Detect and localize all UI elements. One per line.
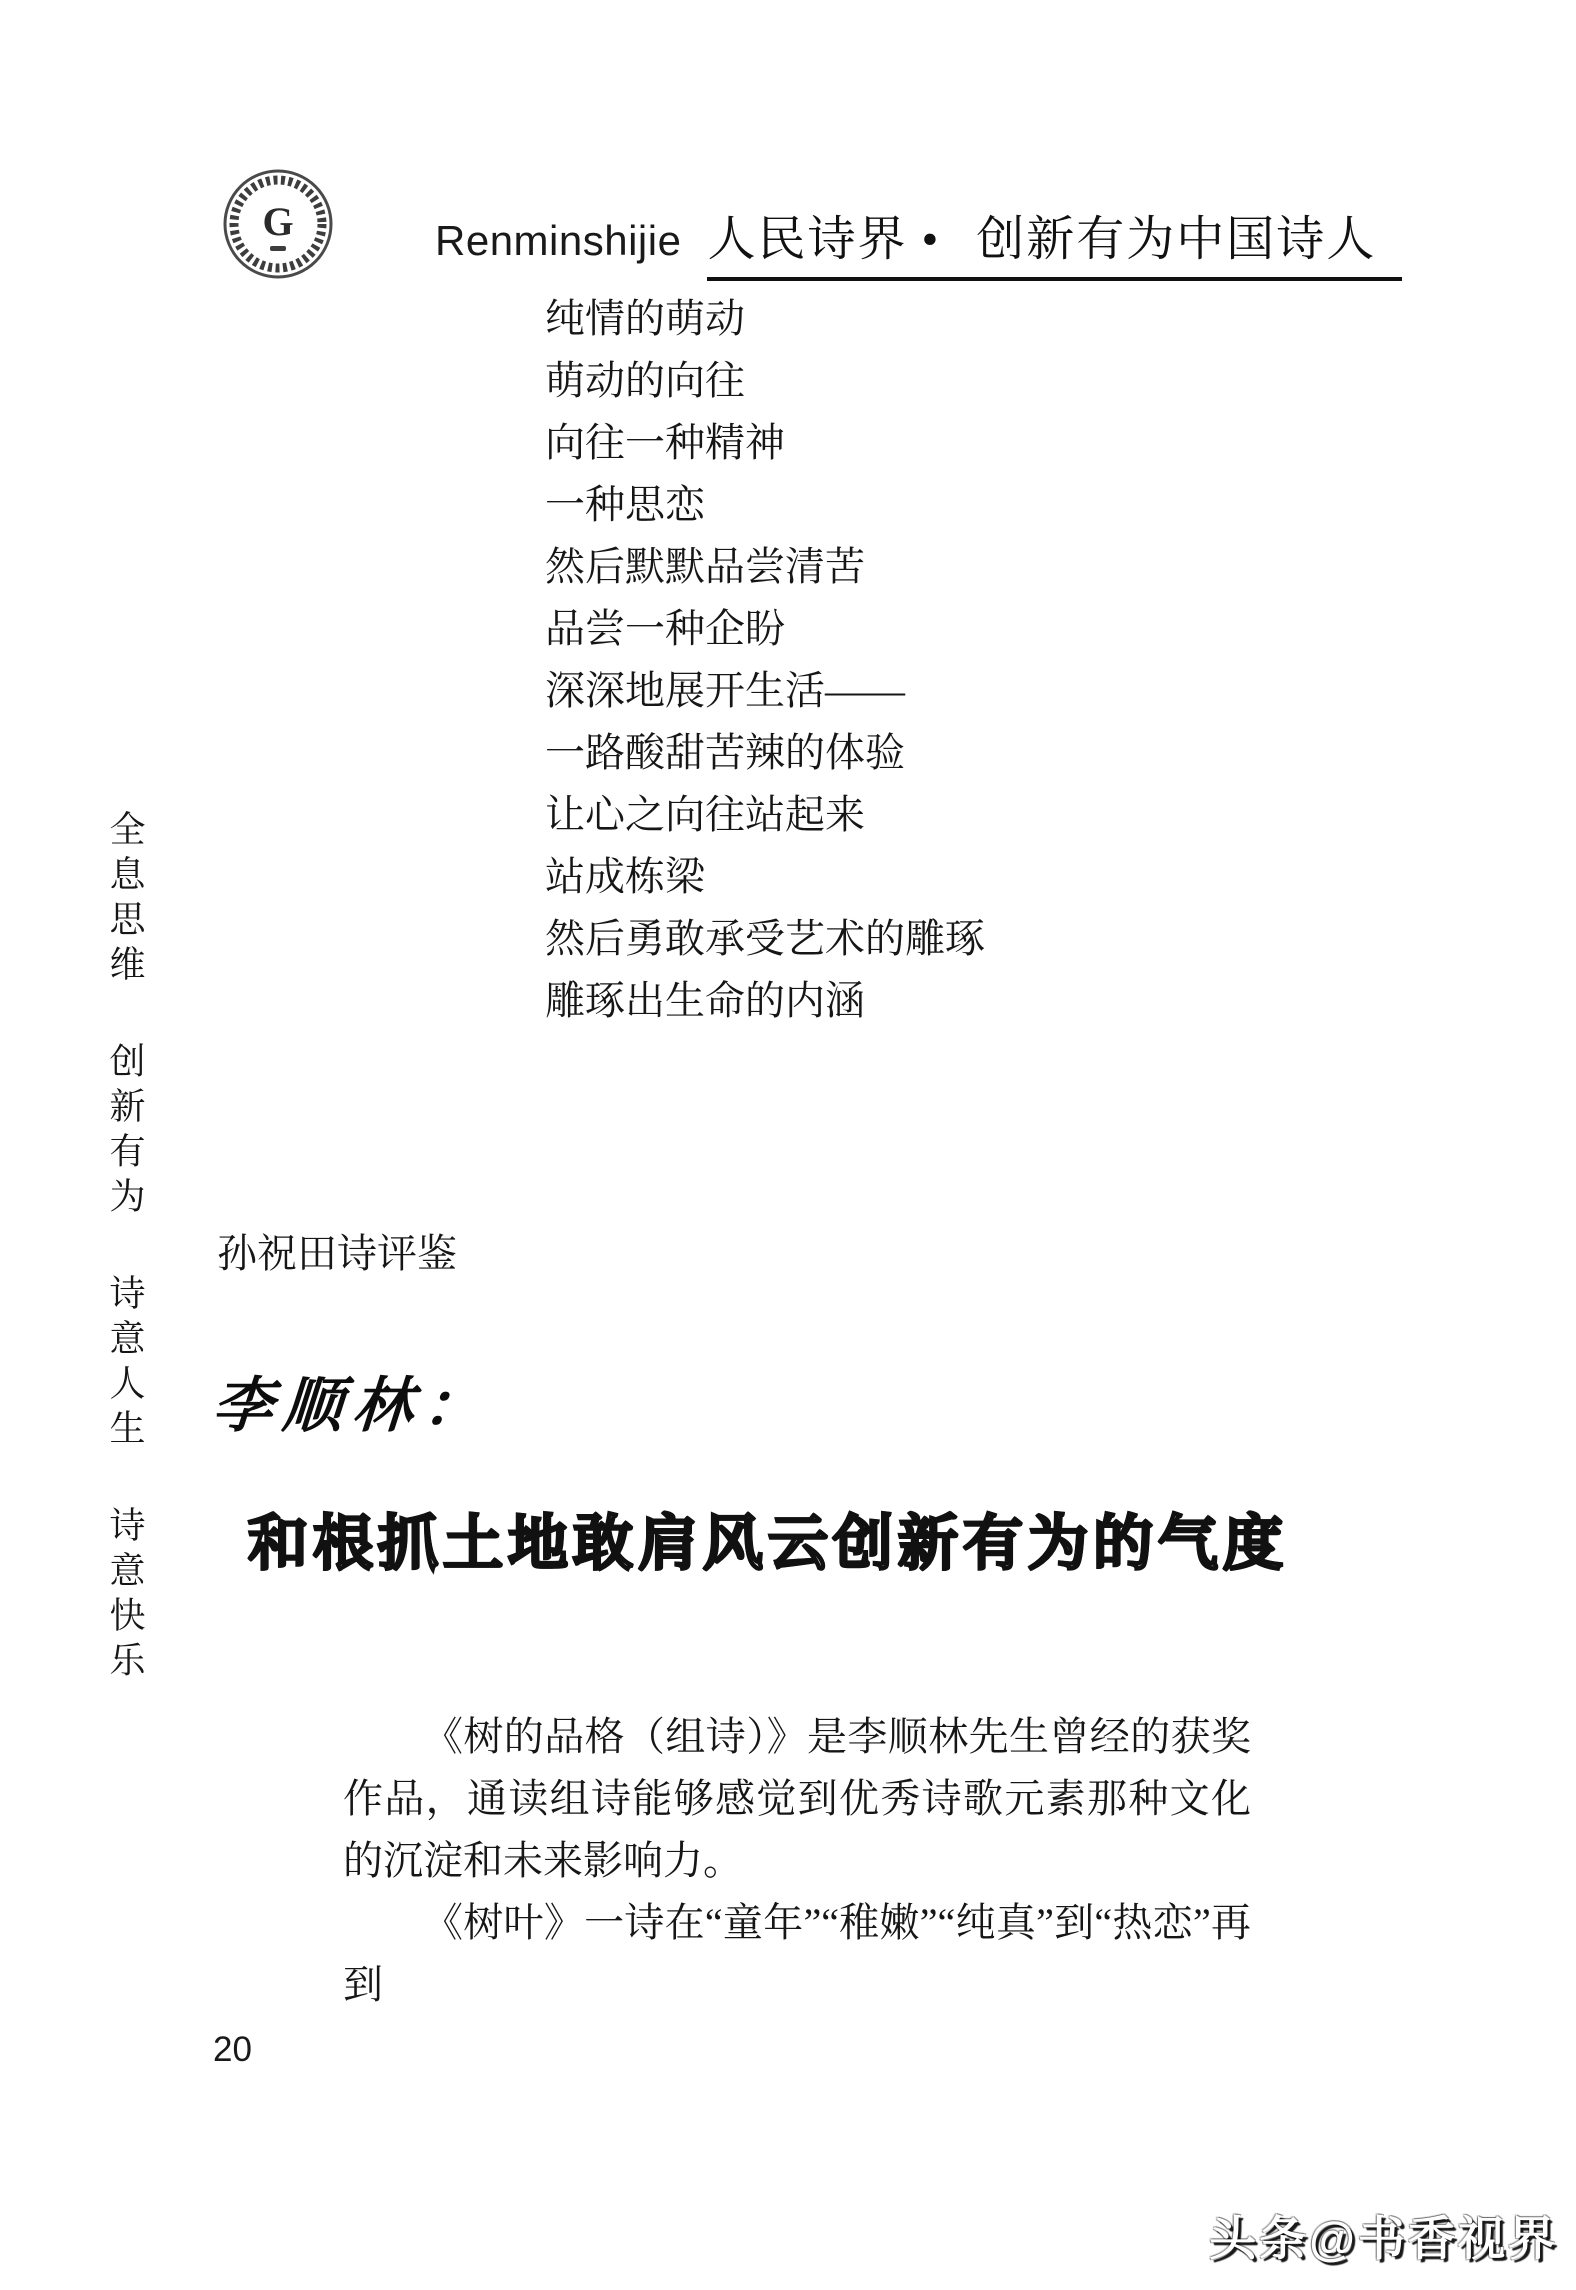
poem-line: 品尝一种企盼 (545, 598, 985, 660)
brand-journal-slogan: 创新有为中国诗人 (976, 213, 1376, 266)
review-paragraph: 《树叶》一诗在“童年”“稚嫩”“纯真”到“热恋”再到 (343, 1892, 1251, 2016)
toutiao-watermark: 头条@书香视界 (1209, 2202, 1558, 2269)
page-number: 20 (213, 2030, 252, 2070)
motto-group: 创新有为 (100, 1042, 151, 1222)
poem-line: 深深地展开生活—— (545, 660, 985, 722)
review-article-title: 和根抓土地敢肩风云创新有为的气度 (248, 1496, 1288, 1582)
vertical-motto-sidebar: 全息思维 创新有为 诗意人生 诗意快乐 (100, 810, 151, 1686)
review-body: 《树的品格（组诗）》是李顺林先生曾经的获奖作品，通读组诗能够感觉到优秀诗歌元素那… (343, 1706, 1251, 2016)
motto-group: 诗意人生 (100, 1274, 151, 1454)
seal-letter: G (262, 199, 293, 244)
poet-signature: 李顺林： (210, 1358, 496, 1444)
motto-group: 全息思维 (100, 810, 151, 990)
poem-line: 萌动的向往 (545, 350, 985, 412)
poem-line: 站成栋梁 (545, 846, 985, 908)
motto-group: 诗意快乐 (100, 1506, 151, 1686)
seal-icon: G (222, 168, 334, 280)
poem-line: 一路酸甜苦辣的体验 (545, 722, 985, 784)
poem-text-block: 纯情的萌动 萌动的向往 向往一种精神 一种思恋 然后默默品尝清苦 品尝一种企盼 … (545, 288, 985, 1032)
poem-line: 向往一种精神 (545, 412, 985, 474)
document-page: G Renminshijie 人民诗界 • 创新有为中国诗人 全息思维 创新有为… (0, 0, 1576, 2290)
brand-chinese-title: 人民诗界 • 创新有为中国诗人 (707, 200, 1402, 281)
poem-line: 雕琢出生命的内涵 (545, 970, 985, 1032)
review-paragraph: 《树的品格（组诗）》是李顺林先生曾经的获奖作品，通读组诗能够感觉到优秀诗歌元素那… (343, 1706, 1251, 1892)
review-section-label: 孙祝田诗评鉴 (217, 1222, 457, 1279)
poem-line: 然后勇敢承受艺术的雕琢 (545, 908, 985, 970)
brand-journal-name: 人民诗界 • (707, 213, 940, 266)
journal-masthead: Renminshijie 人民诗界 • 创新有为中国诗人 (435, 200, 1402, 281)
poem-line: 然后默默品尝清苦 (545, 536, 985, 598)
journal-seal-logo: G (222, 168, 334, 280)
poem-line: 让心之向往站起来 (545, 784, 985, 846)
poem-line: 纯情的萌动 (545, 288, 985, 350)
poem-line: 一种思恋 (545, 474, 985, 536)
brand-latin-name: Renminshijie (435, 217, 681, 265)
